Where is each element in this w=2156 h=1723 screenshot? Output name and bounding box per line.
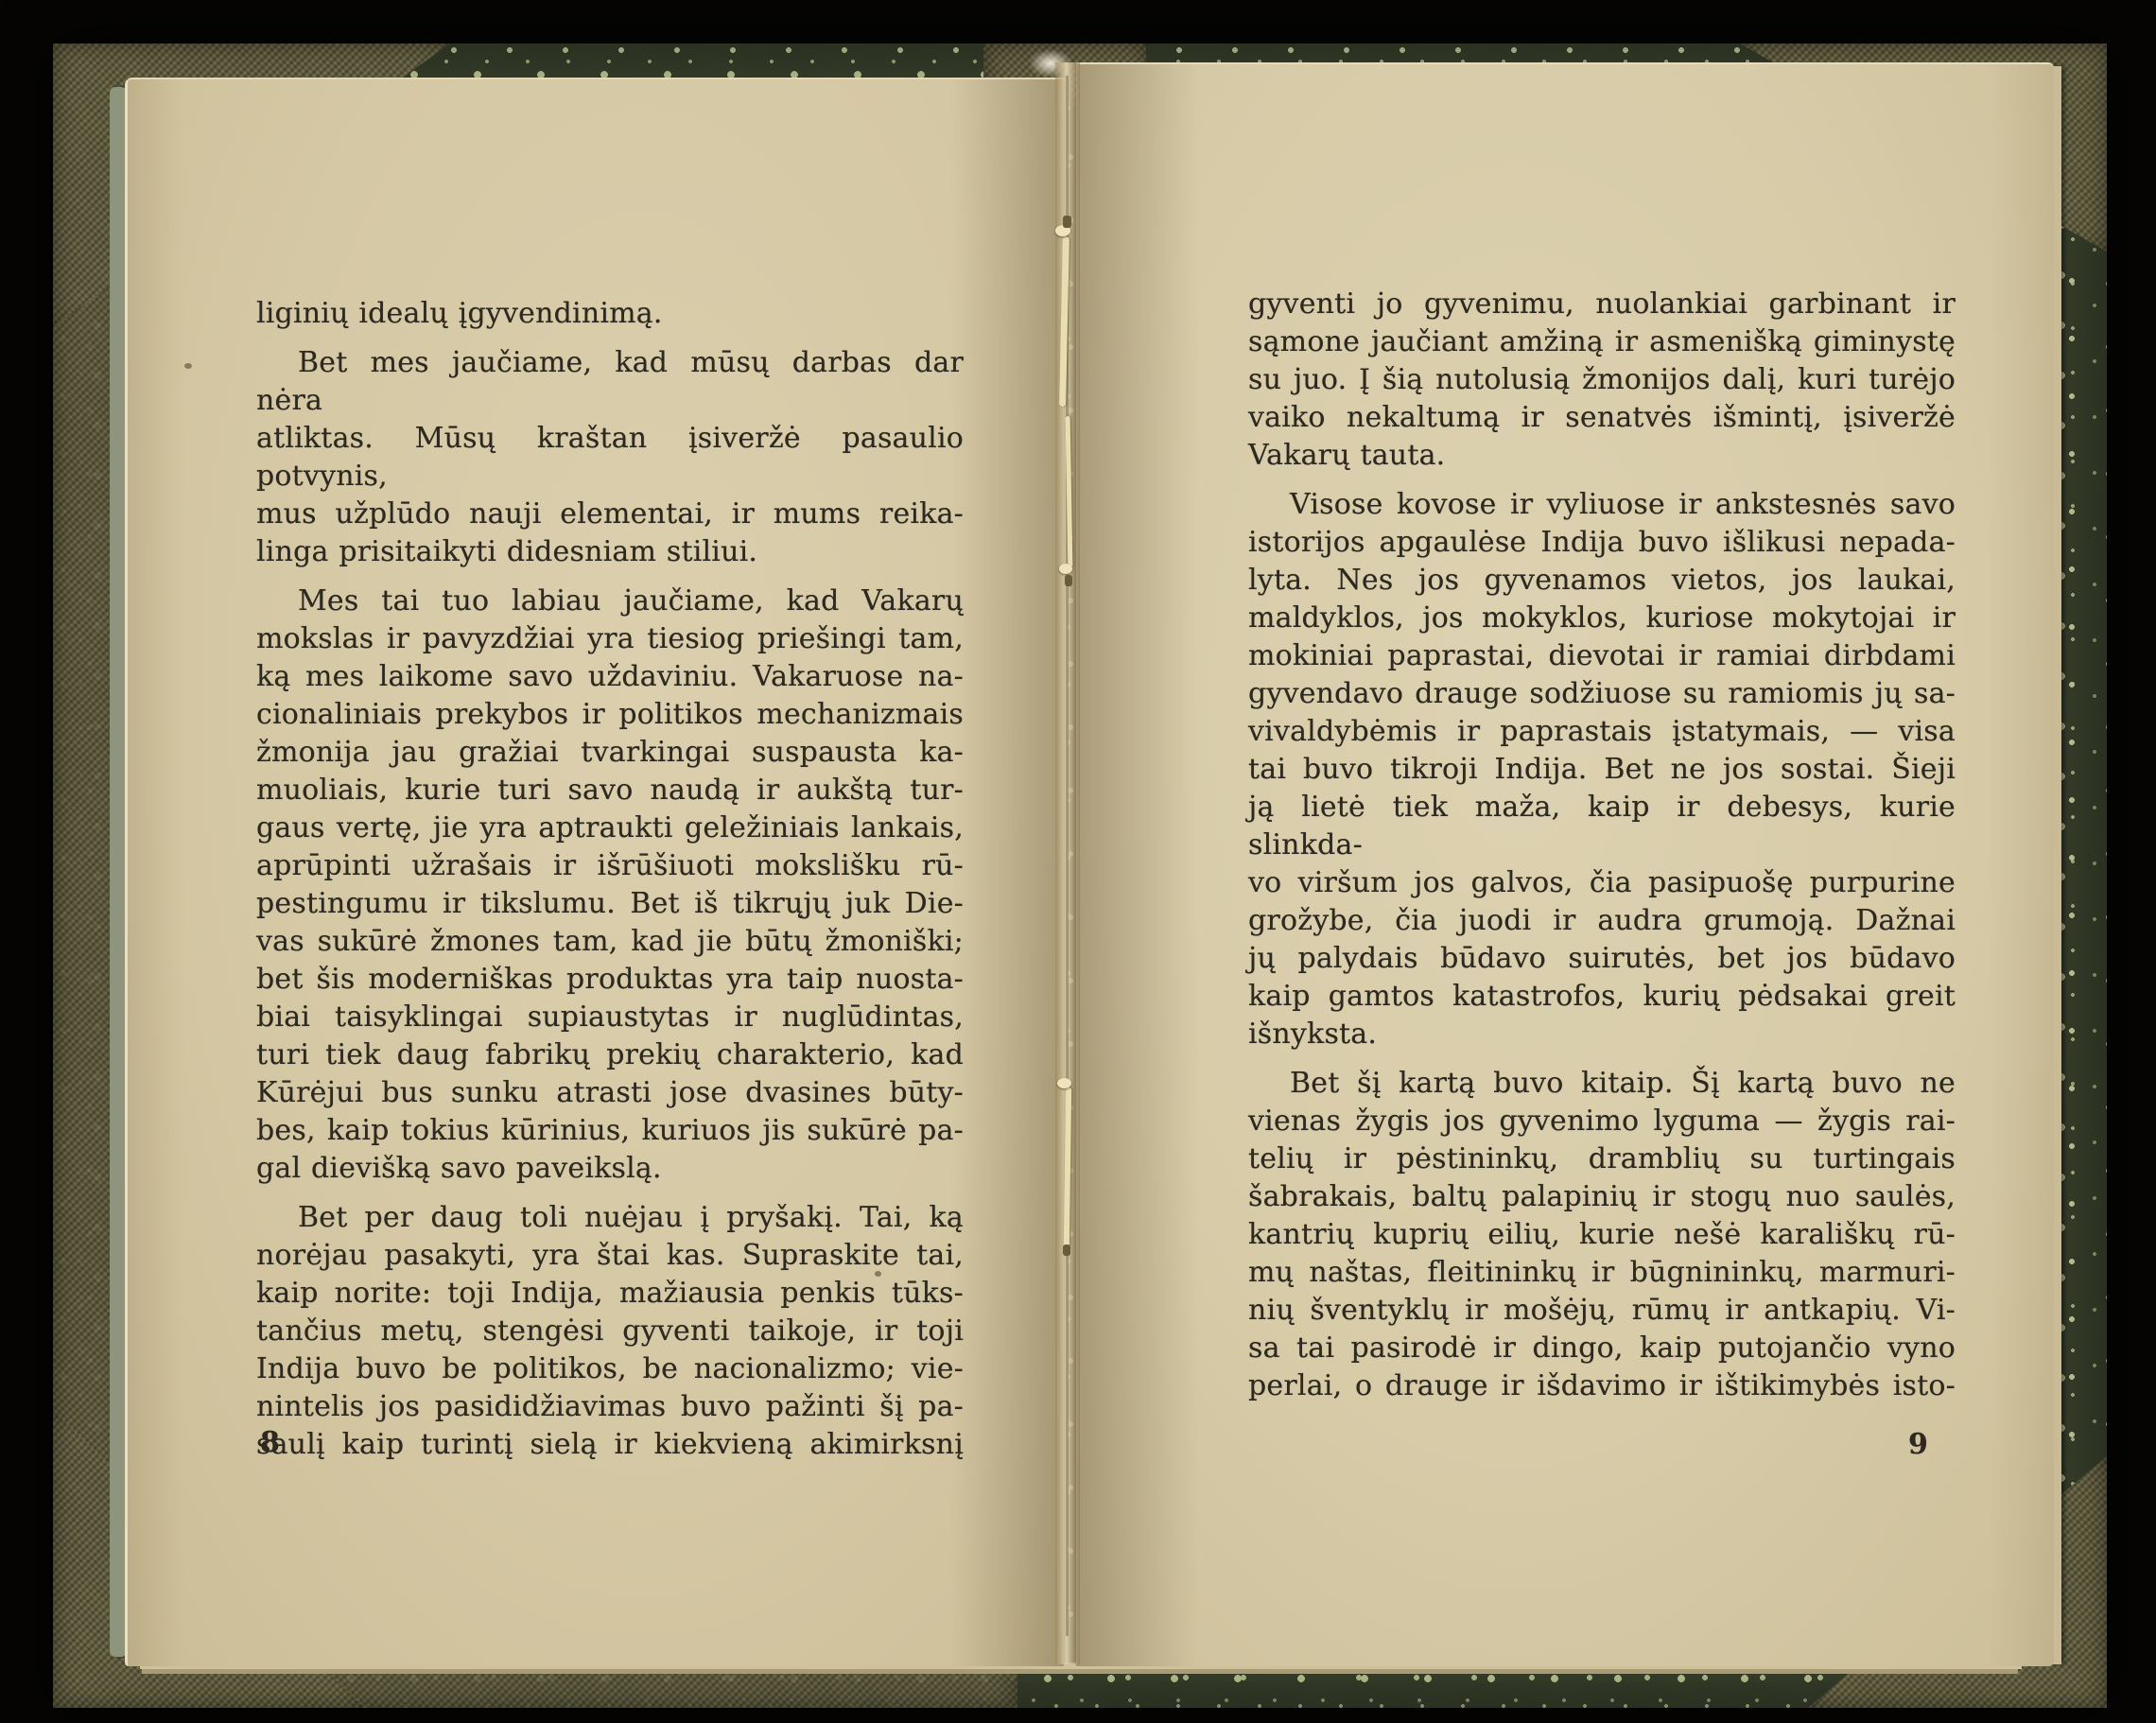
- text-line: gyvendavo drauge sodžiuose su ramiomis j…: [1248, 675, 1956, 713]
- text-line: Indija buvo be politikos, be nacionalizm…: [256, 1350, 964, 1388]
- binding-hole: [1065, 575, 1072, 586]
- text-line: turi tiek daug fabrikų prekių charakteri…: [256, 1036, 964, 1074]
- text-line: norėjau pasakyti, yra štai kas. Supraski…: [256, 1237, 964, 1275]
- text-line: lyta. Nes jos gyvenamos vietos, jos lauk…: [1248, 562, 1956, 600]
- text-line: mų naštas, fleitininkų ir būgnininkų, ma…: [1248, 1254, 1956, 1292]
- page-left: liginių idealų įgyvendinimą.Bet mes jauč…: [125, 78, 1064, 1666]
- text-line: su juo. Į šią nutolusią žmonijos dalį, k…: [1248, 361, 1956, 399]
- ink-fleck: [184, 363, 192, 369]
- text-line: mokslas ir pavyzdžiai yra tiesiog prieši…: [256, 620, 964, 658]
- text-line: gyventi jo gyvenimu, nuolankiai garbinan…: [1248, 286, 1956, 323]
- text-line: šabrakais, baltų palapinių ir stogų nuo …: [1248, 1178, 1956, 1216]
- binding-thread-knot: [1059, 564, 1072, 574]
- paragraph: Visose kovose ir vyliuose ir ankstesnės …: [1248, 486, 1956, 1053]
- paragraph: gyventi jo gyvenimu, nuolankiai garbinan…: [1248, 286, 1956, 475]
- text-line: Mes tai tuo labiau jaučiame, kad Vakarų: [256, 583, 964, 620]
- text-line: istorijos apgaulėse Indija buvo išlikusi…: [1248, 524, 1956, 562]
- paragraph: Bet per daug toli nuėjau į pryšakį. Tai,…: [256, 1199, 964, 1464]
- text-line: mokiniai paprastai, dievotai ir ramiai d…: [1248, 637, 1956, 675]
- text-line: telių ir pėstininkų, dramblių su turting…: [1248, 1140, 1956, 1178]
- text-line: mus užplūdo nauji elementai, ir mums rei…: [256, 496, 964, 533]
- page-left-text: liginių idealų įgyvendinimą.Bet mes jauč…: [256, 295, 964, 1464]
- text-line: tai buvo tikroji Indija. Bet ne jos sost…: [1248, 751, 1956, 789]
- text-line: vas sukūrė žmones tam, kad jie būtų žmon…: [256, 923, 964, 961]
- text-line: gaus vertę, jie yra aptraukti geležiniai…: [256, 809, 964, 847]
- text-line: sąmone jaučiant amžiną ir asmenišką gimi…: [1248, 323, 1956, 361]
- text-line: kaip gamtos katastrofos, kurių pėdsakai …: [1248, 978, 1956, 1016]
- text-line: Bet mes jaučiame, kad mūsų darbas dar nė…: [256, 344, 964, 420]
- text-line: gal dievišką savo paveikslą.: [256, 1150, 964, 1188]
- text-line: atliktas. Mūsų kraštan įsiveržė pasaulio…: [256, 420, 964, 496]
- text-line: aprūpinti užrašais ir išrūšiuoti moksliš…: [256, 847, 964, 885]
- paragraph: Mes tai tuo labiau jaučiame, kad Vakarųm…: [256, 583, 964, 1188]
- text-line: tančius metų, stengėsi gyventi taikoje, …: [256, 1313, 964, 1350]
- text-line: muoliais, kurie turi savo naudą ir aukšt…: [256, 772, 964, 809]
- text-line: vienas žygis jos gyvenimo lyguma — žygis…: [1248, 1103, 1956, 1140]
- text-line: linga prisitaikyti didesniam stiliui.: [256, 533, 964, 571]
- text-line: Bet per daug toli nuėjau į pryšakį. Tai,…: [256, 1199, 964, 1237]
- text-line: nintelis jos pasididžiavimas buvo pažint…: [256, 1388, 964, 1426]
- page-number-right: 9: [1908, 1428, 1928, 1461]
- page-right: gyventi jo gyvenimu, nuolankiai garbinan…: [1076, 62, 2054, 1666]
- book-scan: liginių idealų įgyvendinimą.Bet mes jauč…: [0, 0, 2156, 1723]
- text-line: kantrių kuprių eilių, kurie nešė karališ…: [1248, 1216, 1956, 1254]
- binding-thread-knot: [1057, 1078, 1071, 1088]
- text-line: ją lietė tiek maža, kaip ir debesys, kur…: [1248, 789, 1956, 864]
- text-line: pestingumu ir tikslumu. Bet iš tikrųjų j…: [256, 885, 964, 923]
- text-line: nių šventyklų ir mošėjų, rūmų ir antkapi…: [1248, 1292, 1956, 1330]
- text-line: Kūrėjui bus sunku atrasti jose dvasines …: [256, 1074, 964, 1112]
- paragraph: Bet šį kartą buvo kitaip. Šį kartą buvo …: [1248, 1065, 1956, 1405]
- text-line: liginių idealų įgyvendinimą.: [256, 295, 964, 333]
- text-line: Visose kovose ir vyliuose ir ankstesnės …: [1248, 486, 1956, 524]
- text-line: bes, kaip tokius kūrinius, kuriuos jis s…: [256, 1112, 964, 1150]
- text-line: cionaliniais prekybos ir politikos mecha…: [256, 696, 964, 734]
- page-stack-edge-bottom: [142, 1669, 2018, 1674]
- text-line: žmonija jau gražiai tvarkingai suspausta…: [256, 734, 964, 772]
- text-line: kaip norite: toji Indija, mažiausia penk…: [256, 1275, 964, 1313]
- text-line: saulį kaip turintį sielą ir kiekvieną ak…: [256, 1426, 964, 1464]
- page-number-left: 8: [260, 1426, 280, 1459]
- text-line: biai taisyklingai supiaustytas ir nuglūd…: [256, 999, 964, 1036]
- text-line: jų palydais būdavo suirutės, bet jos būd…: [1248, 940, 1956, 978]
- text-line: grožybe, čia juodi ir audra grumoją. Daž…: [1248, 902, 1956, 940]
- text-line: Bet šį kartą buvo kitaip. Šį kartą buvo …: [1248, 1065, 1956, 1103]
- paragraph: Bet mes jaučiame, kad mūsų darbas dar nė…: [256, 344, 964, 571]
- text-line: perlai, o drauge ir išdavimo ir ištikimy…: [1248, 1367, 1956, 1405]
- text-line: bet šis moderniškas produktas yra taip n…: [256, 961, 964, 999]
- text-line: išnyksta.: [1248, 1016, 1956, 1053]
- binding-hole: [1063, 1244, 1070, 1256]
- text-line: maldyklos, jos mokyklos, kuriose mokytoj…: [1248, 600, 1956, 637]
- page-right-text: gyventi jo gyvenimu, nuolankiai garbinan…: [1248, 286, 1956, 1405]
- paragraph: liginių idealų įgyvendinimą.: [256, 295, 964, 333]
- text-line: sa tai pasirodė ir dingo, kaip putojanči…: [1248, 1330, 1956, 1367]
- text-line: vaiko nekaltumą ir senatvės išmintį, įsi…: [1248, 399, 1956, 437]
- text-line: Vakarų tauta.: [1248, 437, 1956, 475]
- text-line: ką mes laikome savo uždaviniu. Vakaruose…: [256, 658, 964, 696]
- binding-hole: [1063, 216, 1071, 228]
- text-line: vo viršum jos galvos, čia pasipuošę purp…: [1248, 864, 1956, 902]
- text-line: vivaldybėmis ir paprastais įstatymais, —…: [1248, 713, 1956, 751]
